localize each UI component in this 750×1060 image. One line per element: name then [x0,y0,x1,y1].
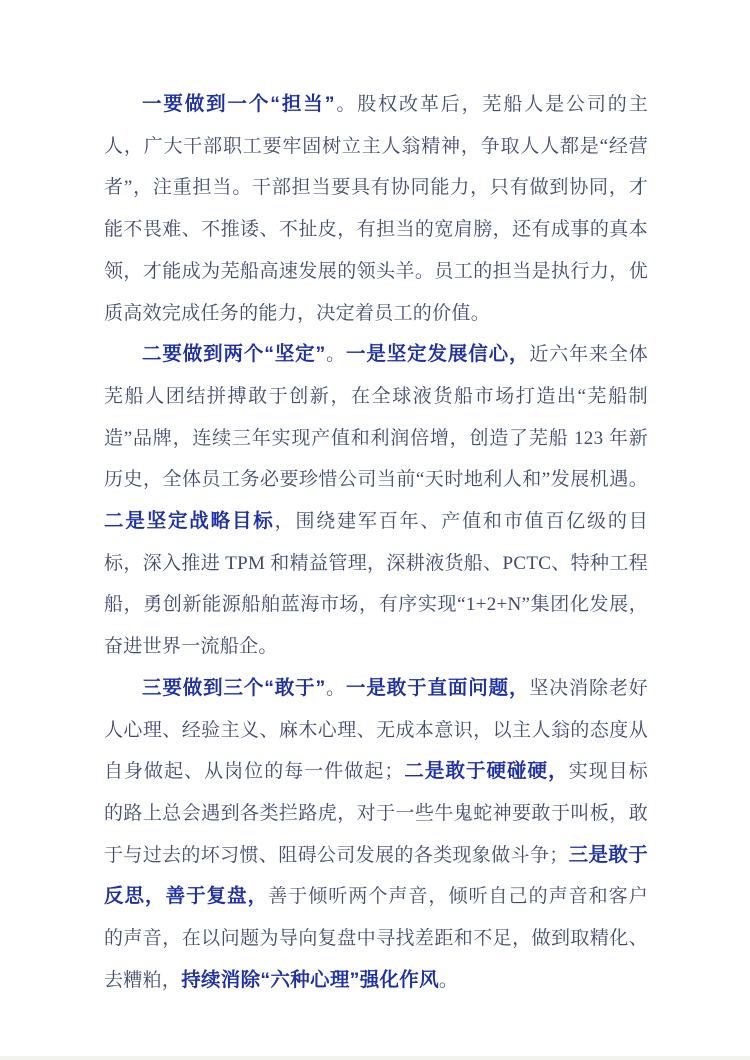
emphasis-text-run: 一是坚定发展信心， [346,343,529,365]
emphasis-text-run: 二是坚定战略目标 [104,510,275,532]
text-run: ，围绕建军百年、产值和市值百亿级的目标，深入推进 TPM 和精益管理，深耕液货船… [104,511,648,657]
emphasis-text-run: 二是敢于硬碰硬， [404,760,569,782]
emphasis-text-run: 一要做到一个“担当” [142,93,335,115]
text-run: 。 [326,678,346,699]
page-bottom-edge [0,1056,750,1060]
paragraph: 一要做到一个“担当”。股权改革后，芜船人是公司的主人，广大干部职工要牢固树立主人… [104,84,648,334]
document-body: 一要做到一个“担当”。股权改革后，芜船人是公司的主人，广大干部职工要牢固树立主人… [104,84,648,1001]
emphasis-text-run: 持续消除“六种心理”强化作风 [181,969,439,991]
text-run: 近六年来全体芜船人团结拼搏敢于创新，在全球液货船市场打造出“芜船制造”品牌，连续… [104,344,648,490]
emphasis-text-run: 二要做到两个“坚定” [142,343,326,365]
text-run: 。股权改革后，芜船人是公司的主人，广大干部职工要牢固树立主人翁精神，争取人人都是… [104,94,648,324]
document-page: 一要做到一个“担当”。股权改革后，芜船人是公司的主人，广大干部职工要牢固树立主人… [0,0,750,1060]
text-run: 。 [439,970,458,991]
paragraph: 二要做到两个“坚定”。一是坚定发展信心，近六年来全体芜船人团结拼搏敢于创新，在全… [104,334,648,668]
emphasis-text-run: 三要做到三个“敢于” [142,677,326,699]
paragraph: 三要做到三个“敢于”。一是敢于直面问题，坚决消除老好人心理、经验主义、麻木心理、… [104,668,648,1002]
emphasis-text-run: 一是敢于直面问题， [346,677,529,699]
text-run: 。 [326,344,346,365]
